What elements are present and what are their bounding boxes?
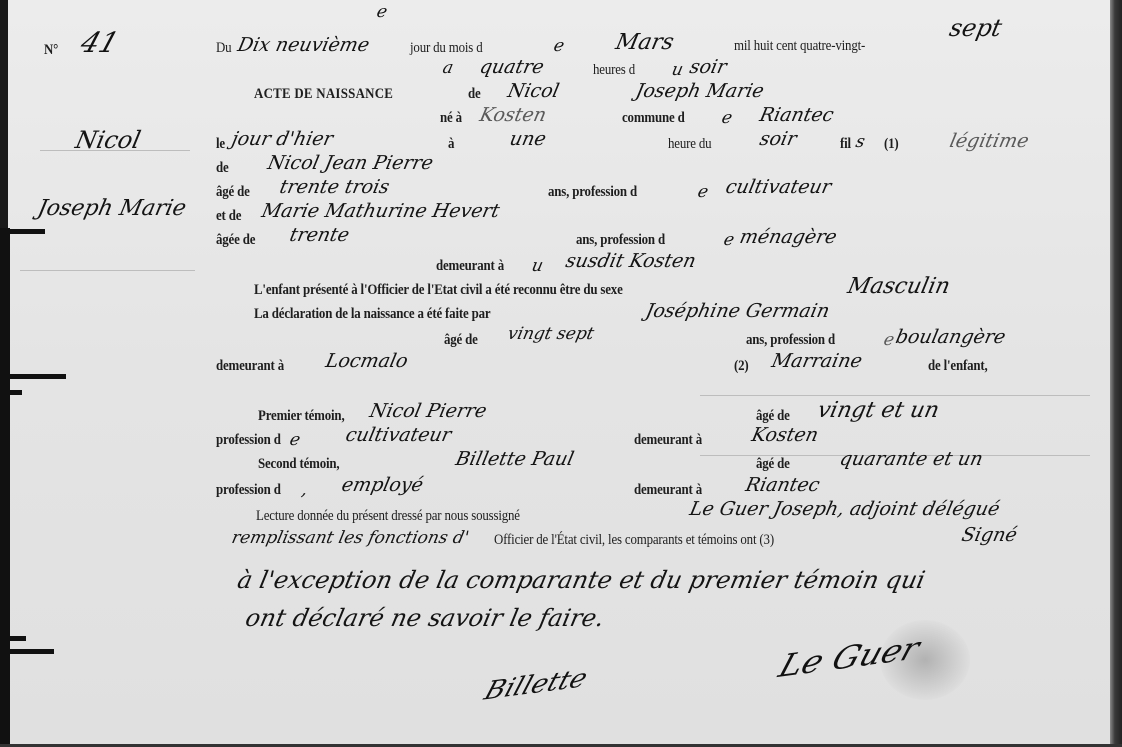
margin-surname: Nicol: [73, 126, 143, 154]
father-profession-label: ans, profession d: [548, 184, 637, 201]
witness-2-profession: employé: [340, 474, 426, 496]
fils-suffix: s: [854, 132, 867, 152]
witness-1-profession-prefix: e: [288, 430, 302, 450]
month: Mars: [613, 30, 676, 55]
entry-number: 41: [77, 26, 123, 59]
witness-1-residence-label: demeurant à: [634, 432, 702, 449]
binding-tick: [0, 649, 54, 654]
le-label: le: [216, 136, 225, 153]
witness-2-age: quarante et un: [838, 448, 985, 470]
signature-billette: Billette: [481, 663, 592, 706]
margin-given-names: Joseph Marie: [35, 196, 188, 221]
witness-1-label: Premier témoin,: [258, 408, 344, 425]
witness-1-profession: cultivateur: [344, 424, 454, 446]
closing-line-3: à l'exception de la comparante et du pre…: [235, 566, 928, 594]
year-hand: sept: [947, 14, 1004, 42]
du-label: Du: [216, 40, 231, 57]
witness-1-profession-label: profession d: [216, 432, 281, 449]
witness-2-profession-label: profession d: [216, 482, 281, 499]
sex-sentence: L'enfant présenté à l'Officier de l'Etat…: [254, 282, 623, 299]
declarant-residence: Locmalo: [324, 350, 410, 372]
note-1: (1): [884, 136, 899, 153]
entry-number-label: N°: [44, 42, 58, 59]
residence-prefix: u: [530, 256, 545, 276]
legitimacy: légitime: [948, 130, 1031, 152]
period-prefix: u: [670, 60, 685, 80]
declarant-profession-label: ans, profession d: [746, 332, 835, 349]
ne-a-label: né à: [440, 110, 462, 127]
officer: Le Guer Joseph, adjoint délégué: [688, 498, 1002, 520]
witness-2-age-label: âgé de: [756, 456, 790, 473]
binding-tick: [0, 390, 22, 395]
witness-2-residence-label: demeurant à: [634, 482, 702, 499]
heure-du-label: heure du: [668, 136, 711, 153]
fils-label: fil: [840, 136, 851, 153]
child-given-names: Joseph Marie: [634, 80, 766, 102]
declarant-relation-suffix: de l'enfant,: [928, 358, 988, 375]
father-name: Nicol Jean Pierre: [266, 152, 436, 174]
witness-1-age-label: âgé de: [756, 408, 790, 425]
time-prefix: a: [441, 58, 455, 78]
commune-label: commune d: [622, 110, 685, 127]
month-prefix: e: [552, 36, 566, 56]
witness-1-name: Nicol Pierre: [368, 400, 489, 422]
residence-value: susdit Kosten: [564, 250, 698, 272]
declarant-sentence: La déclaration de la naissance a été fai…: [254, 306, 490, 323]
declarant-name: Joséphine Germain: [644, 300, 832, 322]
father-de-label: de: [216, 160, 229, 177]
mother-profession: ménagère: [738, 226, 839, 248]
birth-hour: une: [508, 128, 548, 150]
witness-2-label: Second témoin,: [258, 456, 339, 473]
page-right-edge: [1110, 0, 1122, 747]
binding-tick: [0, 636, 26, 641]
commune: Riantec: [758, 104, 836, 126]
closing-line-2-printed: Officier de l'État civil, les comparants…: [494, 532, 774, 549]
a-label: à: [448, 136, 454, 153]
commune-prefix: e: [720, 108, 734, 128]
witness-2-name: Billette Paul: [454, 448, 576, 470]
father-profession: cultivateur: [724, 176, 834, 198]
declarant-profession: boulangère: [894, 326, 1008, 348]
heures-label: heures d: [593, 62, 635, 79]
note-2: (2): [734, 358, 749, 375]
declarant-age: vingt sept: [506, 324, 596, 344]
mother-age-label: âgée de: [216, 232, 255, 249]
period: soir: [688, 56, 729, 78]
declarant-relation: Marraine: [770, 350, 865, 372]
witness-1-residence: Kosten: [750, 424, 821, 446]
binding-tick: [0, 229, 45, 234]
father-age-label: âgé de: [216, 184, 250, 201]
binding-tick: [0, 374, 66, 379]
declarant-age-label: âgé de: [444, 332, 478, 349]
register-page: N° 41 Du Dix neuvième e jour du mois d e…: [0, 0, 1122, 747]
residence-label: demeurant à: [436, 258, 504, 275]
jour-du-mois-label: jour du mois d: [410, 40, 482, 57]
hour: quatre: [478, 56, 546, 78]
mother-et-de-label: et de: [216, 208, 241, 225]
witness-2-residence: Riantec: [744, 474, 822, 496]
birth-day: jour d'hier: [230, 128, 335, 150]
document-title: ACTE DE NAISSANCE: [254, 86, 393, 103]
margin-rule: [700, 395, 1090, 396]
year-printed: mil huit cent quatre-vingt-: [734, 38, 865, 55]
day: Dix neuvième: [236, 34, 372, 56]
child-de-label: de: [468, 86, 481, 103]
mother-age: trente: [288, 224, 352, 246]
child-surname: Nicol: [506, 80, 562, 102]
mother-profession-label: ans, profession d: [576, 232, 665, 249]
closing-line-4: ont déclaré ne savoir le faire.: [243, 604, 607, 632]
margin-rule: [20, 270, 195, 271]
sex: Masculin: [845, 274, 952, 299]
mother-name: Marie Mathurine Hevert: [260, 200, 502, 222]
birth-period: soir: [758, 128, 799, 150]
declarant-residence-label: demeurant à: [216, 358, 284, 375]
father-age: trente trois: [278, 176, 392, 198]
signed: Signé: [960, 524, 1019, 546]
closing-line-1: Lecture donnée du présent dressé par nou…: [256, 508, 520, 525]
father-profession-prefix: e: [696, 182, 710, 202]
witness-1-age: vingt et un: [815, 398, 941, 423]
superscript-e: e: [375, 2, 389, 22]
mother-profession-prefix: e: [722, 230, 736, 250]
closing-line-2-hand: remplissant les fonctions d': [230, 528, 471, 548]
witness-2-profession-prefix: ,: [300, 480, 310, 500]
binding-edge-lower: [0, 228, 10, 747]
birthplace: Kosten: [478, 104, 549, 126]
